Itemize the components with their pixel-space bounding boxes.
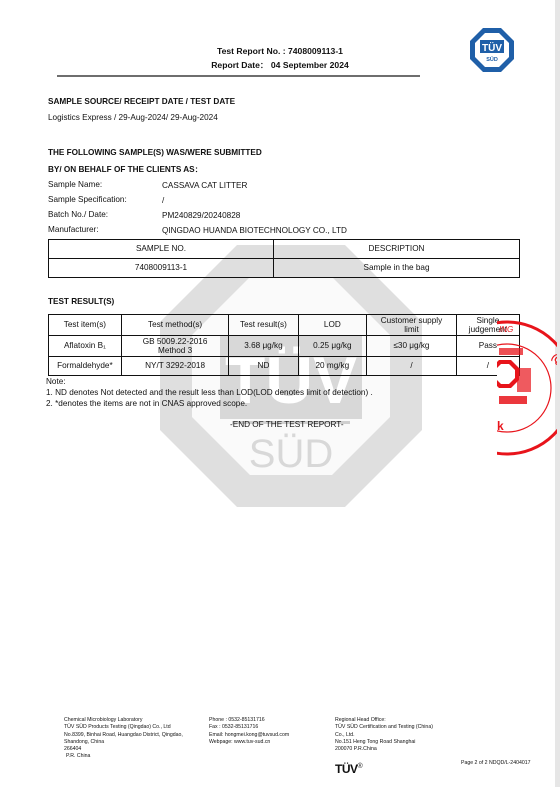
footer-lab: Chemical Microbiology Laboratory TÜV SÜD… (64, 717, 183, 761)
results-table-header: Test item(s) Test method(s) Test result(… (49, 315, 520, 336)
svg-text:SÜD: SÜD (486, 56, 498, 63)
table-row: 7408009113-1 Sample in the bag (49, 259, 520, 278)
manufacturer-value: QINGDAO HUANDA BIOTECHNOLOGY CO., LTD (162, 226, 347, 235)
sample-name-value: CASSAVA CAT LITTER (162, 181, 247, 190)
sample-table: SAMPLE NO. DESCRIPTION 7408009113-1 Samp… (48, 239, 520, 278)
test-result-cell: ND (229, 357, 298, 376)
note-item-1: 1. ND denotes Not detected and the resul… (46, 388, 373, 397)
sample-table-header: SAMPLE NO. DESCRIPTION (49, 240, 520, 259)
table-row: Formaldehyde* NY/T 3292-2018 ND 20 mg/kg… (49, 357, 520, 376)
end-of-report: -END OF THE TEST REPORT- (230, 420, 344, 429)
tuv-brand-mark: TÜV® (335, 762, 362, 776)
test-method-cell: NY/T 3292-2018 (121, 357, 229, 376)
sample-no-cell: 7408009113-1 (49, 259, 274, 278)
note-title: Note: (46, 377, 66, 386)
batch-label: Batch No./ Date: (48, 210, 108, 219)
test-method-cell: GB 5009.22-2016 Method 3 (121, 336, 229, 357)
header-cell: Test method(s) (121, 315, 229, 336)
header-cell: Test result(s) (229, 315, 298, 336)
lod-cell: 20 mg/kg (298, 357, 367, 376)
limit-cell: / (367, 357, 457, 376)
header-cell: DESCRIPTION (274, 240, 520, 259)
test-item-cell: Formaldehyde* (49, 357, 122, 376)
submitted-title-2: BY/ ON BEHALF OF THE CLIENTS AS： (48, 164, 203, 175)
lod-cell: 0.25 μg/kg (298, 336, 367, 357)
results-title: TEST RESULT(S) (48, 297, 114, 306)
footer-hq: Regional Head Office: TÜV SÜD Certificat… (335, 717, 433, 753)
header-cell: Test item(s) (49, 315, 122, 336)
sample-name-label: Sample Name: (48, 180, 102, 189)
submitted-title-1: THE FOLLOWING SAMPLE(S) WAS/WERE SUBMITT… (48, 148, 262, 157)
limit-cell: ≤30 μg/kg (367, 336, 457, 357)
test-item-cell: Aflatoxin B₁ (49, 336, 122, 357)
manufacturer-label: Manufacturer: (48, 225, 99, 234)
sample-source-value: Logistics Express / 29-Aug-2024/ 29-Aug-… (48, 113, 218, 122)
table-row: Aflatoxin B₁ GB 5009.22-2016 Method 3 3.… (49, 336, 520, 357)
page-info: Page 2 of 2 NDQD/L-2404017 (461, 760, 531, 767)
report-number: Test Report No. : 7408009113-1 (150, 46, 410, 56)
company-seal-icon: (QINGDAO) CO., LTD. ING k (497, 318, 557, 458)
header-divider (57, 75, 420, 77)
test-result-cell: 3.68 μg/kg (229, 336, 298, 357)
description-cell: Sample in the bag (274, 259, 520, 278)
batch-value: PM240829/20240828 (162, 211, 240, 220)
sample-spec-value: / (162, 196, 164, 205)
tuv-sud-logo-icon: TÜV SÜD (470, 28, 514, 72)
svg-text:k: k (497, 419, 504, 433)
note-item-2: 2. *denotes the items are not in CNAS ap… (46, 399, 247, 408)
footer-contact: Phone : 0532-85131716 Fax : 0532-8513171… (209, 717, 289, 746)
report-date: Report Date： 04 September 2024 (150, 59, 410, 71)
header-cell: Customer supply limit (367, 315, 457, 336)
results-table: Test item(s) Test method(s) Test result(… (48, 314, 520, 376)
svg-text:ING: ING (499, 325, 513, 334)
svg-text:TÜV: TÜV (482, 41, 502, 54)
header-cell: LOD (298, 315, 367, 336)
header-cell: SAMPLE NO. (49, 240, 274, 259)
sample-source-title: SAMPLE SOURCE/ RECEIPT DATE / TEST DATE (48, 97, 235, 106)
sample-spec-label: Sample Specification: (48, 195, 127, 204)
